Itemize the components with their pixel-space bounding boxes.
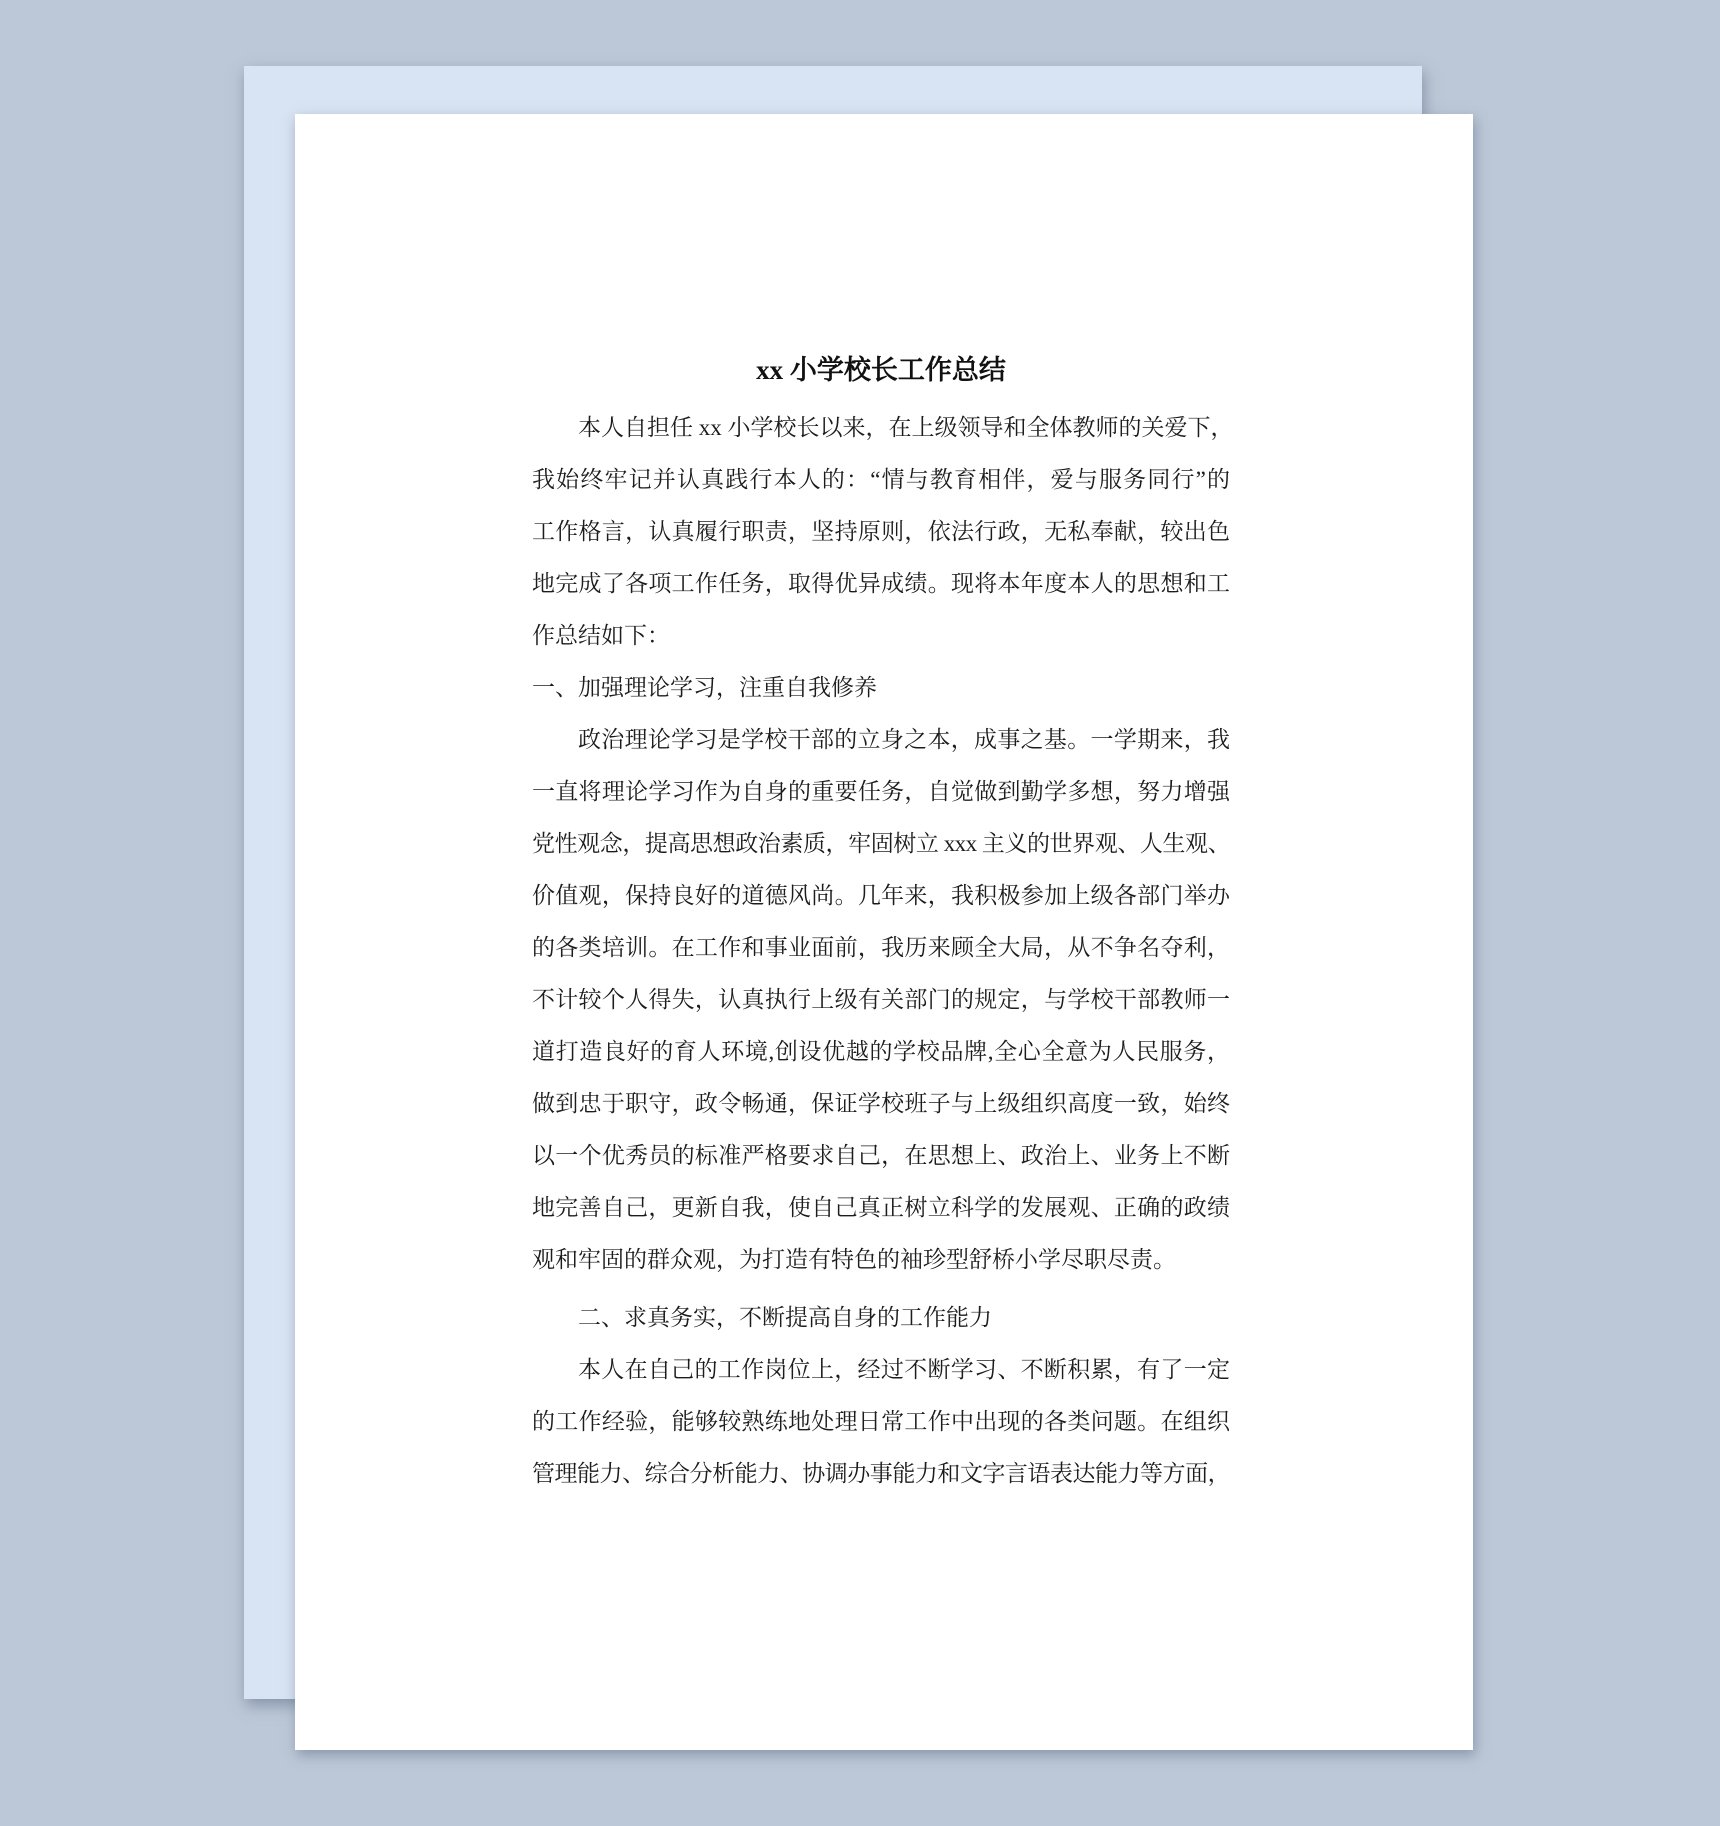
section-heading-block: 一、加强理论学习，注重自我修养 — [532, 662, 1230, 714]
desk-background: xx 小学校长工作总结 本人自担任 xx 小学校长以来，在上级领导和全体教师的关… — [0, 0, 1720, 1826]
paragraph-block: 本人在自己的工作岗位上，经过不断学习、不断积累，有了一定的工作经验，能够较熟练地… — [532, 1344, 1230, 1500]
document-title: xx 小学校长工作总结 — [532, 344, 1230, 396]
document-body: 本人自担任 xx 小学校长以来，在上级领导和全体教师的关爱下，我始终牢记并认真践… — [532, 402, 1230, 1500]
document-page: xx 小学校长工作总结 本人自担任 xx 小学校长以来，在上级领导和全体教师的关… — [295, 114, 1473, 1750]
text-line: 作总结如下： — [532, 610, 1230, 662]
text-line: 价值观，保持良好的道德风尚。几年来，我积极参加上级各部门举办 — [532, 870, 1230, 922]
text-line: 地完成了各项工作任务，取得优异成绩。现将本年度本人的思想和工 — [532, 558, 1230, 610]
text-line: 的各类培训。在工作和事业面前，我历来顾全大局，从不争名夺利， — [532, 922, 1230, 974]
section-heading: 一、加强理论学习，注重自我修养 — [532, 662, 1230, 714]
section-heading-block: 二、求真务实，不断提高自身的工作能力 — [532, 1292, 1230, 1344]
text-line: 政治理论学习是学校干部的立身之本，成事之基。一学期来，我 — [532, 714, 1230, 766]
text-line: 我始终牢记并认真践行本人的：“情与教育相伴，爱与服务同行”的 — [532, 454, 1230, 506]
paragraph-block: 政治理论学习是学校干部的立身之本，成事之基。一学期来，我一直将理论学习作为自身的… — [532, 714, 1230, 1286]
text-line: 管理能力、综合分析能力、协调办事能力和文字言语表达能力等方面， — [532, 1448, 1230, 1500]
paragraph-block: 本人自担任 xx 小学校长以来，在上级领导和全体教师的关爱下，我始终牢记并认真践… — [532, 402, 1230, 662]
text-line: 本人在自己的工作岗位上，经过不断学习、不断积累，有了一定 — [532, 1344, 1230, 1396]
text-line: 不计较个人得失，认真执行上级有关部门的规定，与学校干部教师一 — [532, 974, 1230, 1026]
text-line: 一直将理论学习作为自身的重要任务，自觉做到勤学多想，努力增强 — [532, 766, 1230, 818]
text-line: 工作格言，认真履行职责，坚持原则，依法行政，无私奉献，较出色 — [532, 506, 1230, 558]
text-line: 做到忠于职守，政令畅通，保证学校班子与上级组织高度一致，始终 — [532, 1078, 1230, 1130]
text-line: 本人自担任 xx 小学校长以来，在上级领导和全体教师的关爱下， — [532, 402, 1230, 454]
text-line: 地完善自己，更新自我，使自己真正树立科学的发展观、正确的政绩 — [532, 1182, 1230, 1234]
text-line: 以一个优秀员的标准严格要求自己，在思想上、政治上、业务上不断 — [532, 1130, 1230, 1182]
section-heading: 二、求真务实，不断提高自身的工作能力 — [532, 1292, 1230, 1344]
text-line: 党性观念，提高思想政治素质，牢固树立 xxx 主义的世界观、人生观、 — [532, 818, 1230, 870]
text-line: 的工作经验，能够较熟练地处理日常工作中出现的各类问题。在组织 — [532, 1396, 1230, 1448]
text-line: 观和牢固的群众观，为打造有特色的袖珍型舒桥小学尽职尽责。 — [532, 1234, 1230, 1286]
text-line: 道打造良好的育人环境,创设优越的学校品牌,全心全意为人民服务， — [532, 1026, 1230, 1078]
